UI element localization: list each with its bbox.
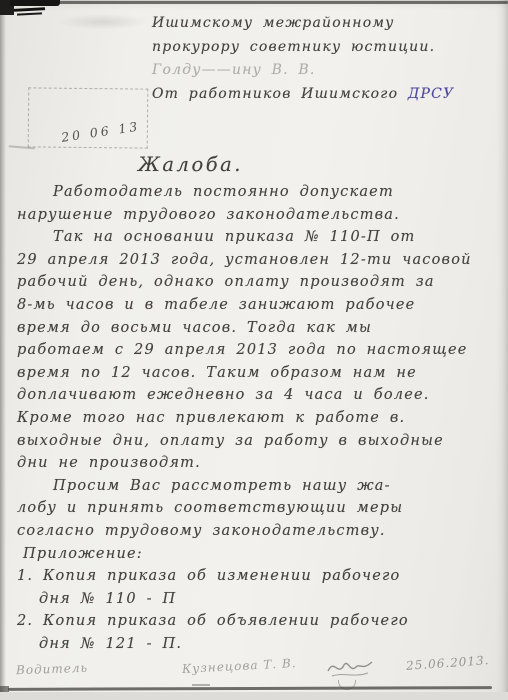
body-line: Просим Вас рассмотреть нашу жа- <box>17 475 472 498</box>
body-line: Кроме того нас привлекают к работе в. <box>17 407 472 430</box>
signer-name: Кузнецова Т. В. <box>182 656 297 676</box>
body-line: работаем с 29 апреля 2013 года по настоя… <box>17 339 472 362</box>
scan-top-line <box>54 1 508 4</box>
body-line: рабочий день, однако оплату производят з… <box>17 271 472 294</box>
scan-corner-bar <box>10 0 60 6</box>
document-title: Жалоба. <box>138 153 243 176</box>
body-line: Работодатель постоянно допускает <box>17 181 472 204</box>
signature-date: 25.06.2013. <box>406 653 490 673</box>
pencil-smudge <box>58 14 148 30</box>
sender-line: От работников Ишимского ДРСУ <box>152 83 454 107</box>
attachments-heading: Приложение: <box>17 543 472 566</box>
body-line: время до восьми часов. Тогда как мы <box>17 317 472 340</box>
scan-left-edge <box>0 0 6 700</box>
scanned-complaint-page: Ишимскому межрайонному прокурору советни… <box>0 0 508 700</box>
signer-role: Водитель <box>16 661 88 678</box>
body-line: Так на основании приказа № 110-П от <box>17 226 472 249</box>
body-line: нарушение трудового законодательства. <box>17 204 472 227</box>
registration-stamp-box: 20 06 13 <box>28 87 149 148</box>
organization-name: ДРСУ <box>408 86 454 102</box>
attachment-line: 2. Копия приказа об объявлении рабочего <box>17 610 472 633</box>
pencil-equals-mark <box>17 12 42 15</box>
signature-row: Водитель Кузнецова Т. В. 25.06.2013. <box>0 656 508 690</box>
signature-dash <box>192 684 210 686</box>
body-line: 29 апреля 2013 года, установлен 12-ти ча… <box>17 249 472 272</box>
stamp-date: 20 06 13 <box>60 118 141 144</box>
letter-body: Работодатель постоянно допускает нарушен… <box>17 181 472 655</box>
body-line: доплачивают ежедневно за 4 часа и более. <box>17 384 472 407</box>
signature-mark <box>326 656 374 683</box>
body-line: время по 12 часов. Таким образом нам не <box>17 362 472 385</box>
next-page-strip <box>0 692 508 700</box>
addressee-line: Ишимскому межрайонному <box>152 12 454 36</box>
stamp-tick-mark <box>9 145 35 149</box>
addressee-line: прокурору советнику юстиции. <box>152 36 454 60</box>
pencil-equals-mark <box>14 7 45 12</box>
attachment-line: дня № 121 - П. <box>17 633 472 656</box>
body-line: выходные дни, оплату за работу в выходны… <box>17 430 472 453</box>
page-bottom-edge-line <box>8 686 492 691</box>
attachment-line: 1. Копия приказа об изменении рабочего <box>17 565 472 588</box>
body-line: дни не производят. <box>17 452 472 475</box>
addressee-name-redacted: Голду——ину В. В. <box>152 59 454 83</box>
body-line: 8-мь часов и в табеле занижают рабочее <box>17 294 472 317</box>
sender-text: От работников Ишимского <box>152 86 408 102</box>
attachment-line: дня № 110 - П <box>17 588 472 611</box>
body-line: согласно трудовому законодательству. <box>17 520 472 543</box>
body-line: лобу и принять соответствующии меры <box>17 497 472 520</box>
addressee-block: Ишимскому межрайонному прокурору советни… <box>152 12 454 106</box>
